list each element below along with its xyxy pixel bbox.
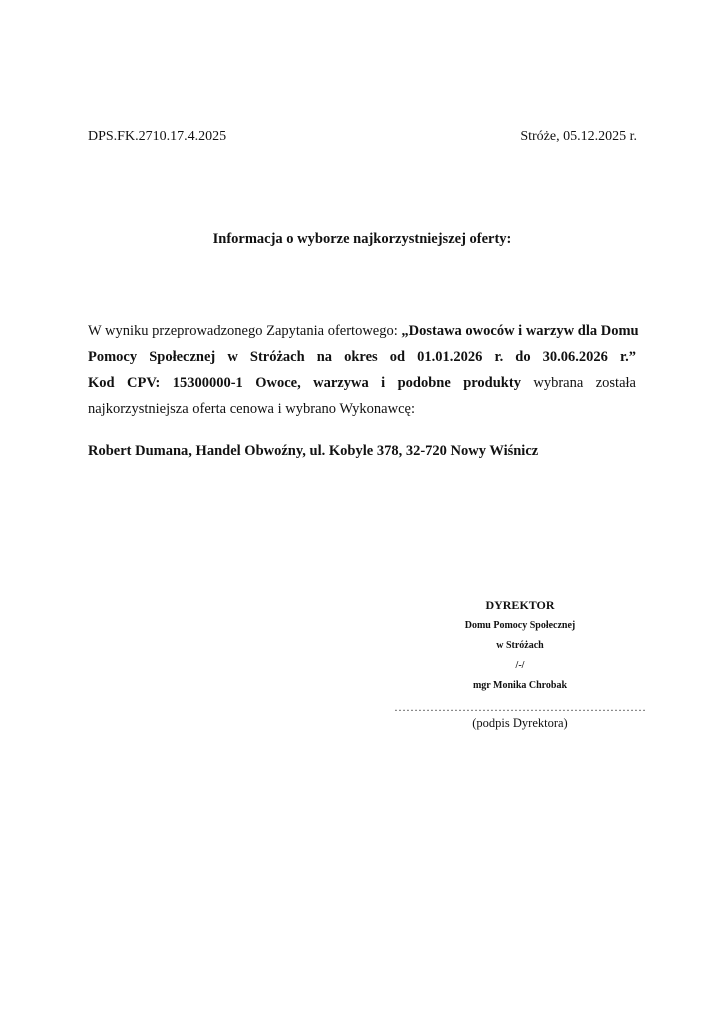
signature-line: ……………………………………………………… xyxy=(380,701,660,715)
selected-contractor: Robert Dumana, Handel Obwoźny, ul. Kobyl… xyxy=(88,443,538,460)
tender-name: „Dostawa owoców i warzyw dla Domu xyxy=(401,323,638,339)
signature-caption: (podpis Dyrektora) xyxy=(380,715,660,731)
institution-location: w Stróżach xyxy=(380,639,660,659)
document-reference-number: DPS.FK.2710.17.4.2025 xyxy=(88,129,226,145)
cpv-code: Kod CPV: 15300000-1 Owoce, warzywa i pod… xyxy=(88,375,521,391)
document-page: DPS.FK.2710.17.4.2025 Stróże, 05.12.2025… xyxy=(0,0,724,1024)
body-text: W wyniku przeprowadzonego Zapytania ofer… xyxy=(88,323,401,339)
signatory-role: DYREKTOR xyxy=(380,597,660,619)
signature-block: DYREKTOR Domu Pomocy Społecznej w Stróża… xyxy=(380,597,660,731)
document-title: Informacja o wyborze najkorzystniejszej … xyxy=(0,231,724,248)
body-line-2: Pomocy Społecznej w Stróżach na okres od… xyxy=(88,344,636,370)
place-and-date: Stróże, 05.12.2025 r. xyxy=(520,129,637,145)
body-line-1: W wyniku przeprowadzonego Zapytania ofer… xyxy=(88,318,636,344)
body-line-3: Kod CPV: 15300000-1 Owoce, warzywa i pod… xyxy=(88,370,636,396)
body-text: wybrana została xyxy=(521,375,636,391)
body-line-4: najkorzystniejsza oferta cenowa i wybran… xyxy=(88,396,636,422)
signatory-name: mgr Monika Chrobak xyxy=(380,679,660,699)
body-paragraph: W wyniku przeprowadzonego Zapytania ofer… xyxy=(88,318,636,422)
institution-name: Domu Pomocy Społecznej xyxy=(380,619,660,639)
signed-mark: /-/ xyxy=(380,659,660,679)
